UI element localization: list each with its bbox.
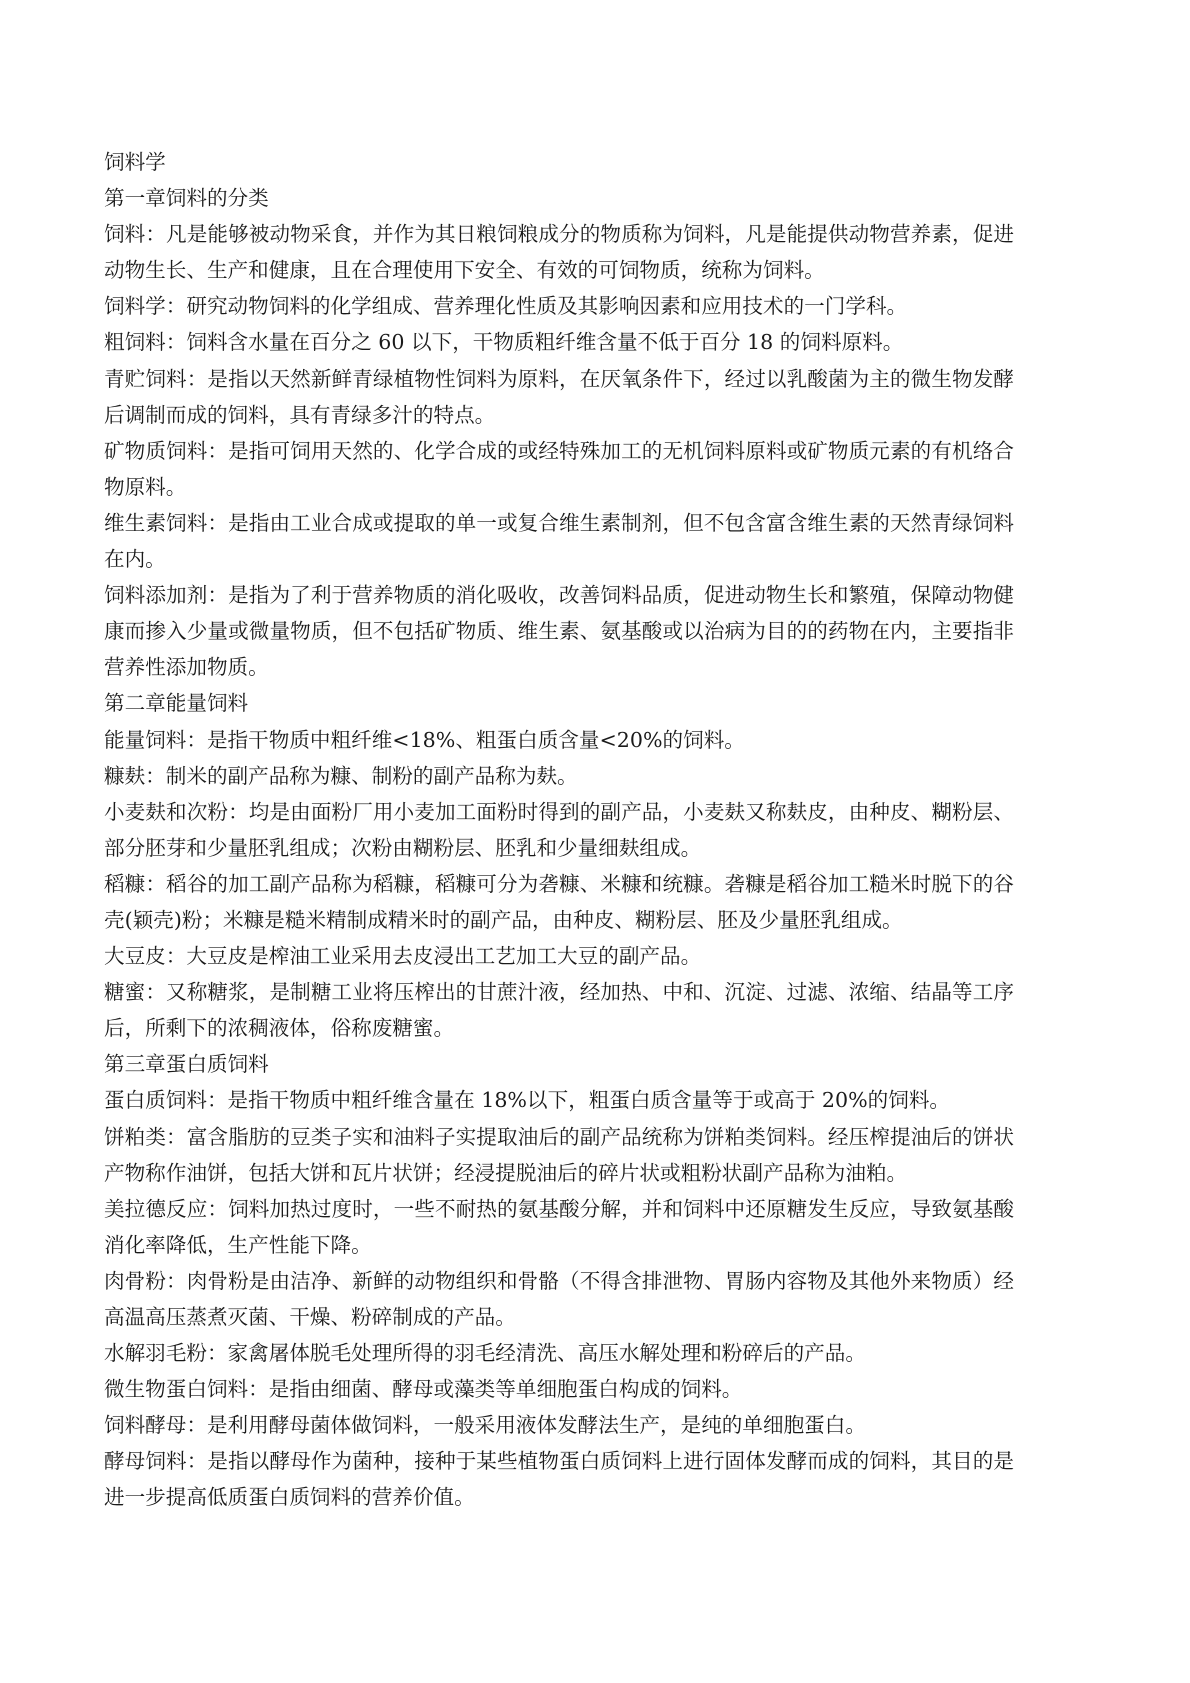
definition-paragraph: 能量饲料：是指干物质中粗纤维<18%、粗蛋白质含量<20%的饲料。 [104,722,1014,758]
definition-paragraph: 矿物质饲料：是指可饲用天然的、化学合成的或经特殊加工的无机饲料原料或矿物质元素的… [104,433,1014,505]
definition-paragraph: 美拉德反应：饲料加热过度时，一些不耐热的氨基酸分解，并和饲料中还原糖发生反应，导… [104,1191,1014,1263]
definition-paragraph: 饲料添加剂：是指为了利于营养物质的消化吸收，改善饲料品质，促进动物生长和繁殖，保… [104,577,1014,685]
definition-paragraph: 糠麸：制米的副产品称为糠、制粉的副产品称为麸。 [104,758,1014,794]
definition-paragraph: 肉骨粉：肉骨粉是由洁净、新鲜的动物组织和骨骼（不得含排泄物、胃肠内容物及其他外来… [104,1263,1014,1335]
definition-paragraph: 蛋白质饲料：是指干物质中粗纤维含量在 18%以下，粗蛋白质含量等于或高于 20%… [104,1082,1014,1118]
definition-paragraph: 糖蜜：又称糖浆，是制糖工业将压榨出的甘蔗汁液，经加热、中和、沉淀、过滤、浓缩、结… [104,974,1014,1046]
document-page: 饲料学 第一章饲料的分类 饲料：凡是能够被动物采食，并作为其日粮饲粮成分的物质称… [104,144,1014,1516]
definition-paragraph: 饲料学：研究动物饲料的化学组成、营养理化性质及其影响因素和应用技术的一门学科。 [104,288,1014,324]
definition-paragraph: 水解羽毛粉：家禽屠体脱毛处理所得的羽毛经清洗、高压水解处理和粉碎后的产品。 [104,1335,1014,1371]
definition-paragraph: 饲料酵母：是利用酵母菌体做饲料，一般采用液体发酵法生产，是纯的单细胞蛋白。 [104,1407,1014,1443]
definition-paragraph: 微生物蛋白饲料：是指由细菌、酵母或藻类等单细胞蛋白构成的饲料。 [104,1371,1014,1407]
definition-paragraph: 大豆皮：大豆皮是榨油工业采用去皮浸出工艺加工大豆的副产品。 [104,938,1014,974]
chapter-heading: 第三章蛋白质饲料 [104,1046,1014,1082]
definition-paragraph: 稻糠：稻谷的加工副产品称为稻糠，稻糠可分为砻糠、米糠和统糠。砻糠是稻谷加工糙米时… [104,866,1014,938]
definition-paragraph: 青贮饲料：是指以天然新鲜青绿植物性饲料为原料，在厌氧条件下，经过以乳酸菌为主的微… [104,361,1014,433]
definition-paragraph: 小麦麸和次粉：均是由面粉厂用小麦加工面粉时得到的副产品，小麦麸又称麸皮，由种皮、… [104,794,1014,866]
definition-paragraph: 饲料：凡是能够被动物采食，并作为其日粮饲粮成分的物质称为饲料，凡是能提供动物营养… [104,216,1014,288]
chapter-3-section: 第三章蛋白质饲料 蛋白质饲料：是指干物质中粗纤维含量在 18%以下，粗蛋白质含量… [104,1046,1014,1515]
chapter-1-section: 第一章饲料的分类 饲料：凡是能够被动物采食，并作为其日粮饲粮成分的物质称为饲料，… [104,180,1014,685]
chapter-heading: 第一章饲料的分类 [104,180,1014,216]
definition-paragraph: 粗饲料：饲料含水量在百分之 60 以下，干物质粗纤维含量不低于百分 18 的饲料… [104,324,1014,360]
definition-paragraph: 酵母饲料：是指以酵母作为菌种，接种于某些植物蛋白质饲料上进行固体发酵而成的饲料，… [104,1443,1014,1515]
chapter-2-section: 第二章能量饲料 能量饲料：是指干物质中粗纤维<18%、粗蛋白质含量<20%的饲料… [104,685,1014,1046]
chapter-heading: 第二章能量饲料 [104,685,1014,721]
definition-paragraph: 饼粕类：富含脂肪的豆类子实和油料子实提取油后的副产品统称为饼粕类饲料。经压榨提油… [104,1119,1014,1191]
definition-paragraph: 维生素饲料：是指由工业合成或提取的单一或复合维生素制剂，但不包含富含维生素的天然… [104,505,1014,577]
document-title: 饲料学 [104,144,1014,180]
